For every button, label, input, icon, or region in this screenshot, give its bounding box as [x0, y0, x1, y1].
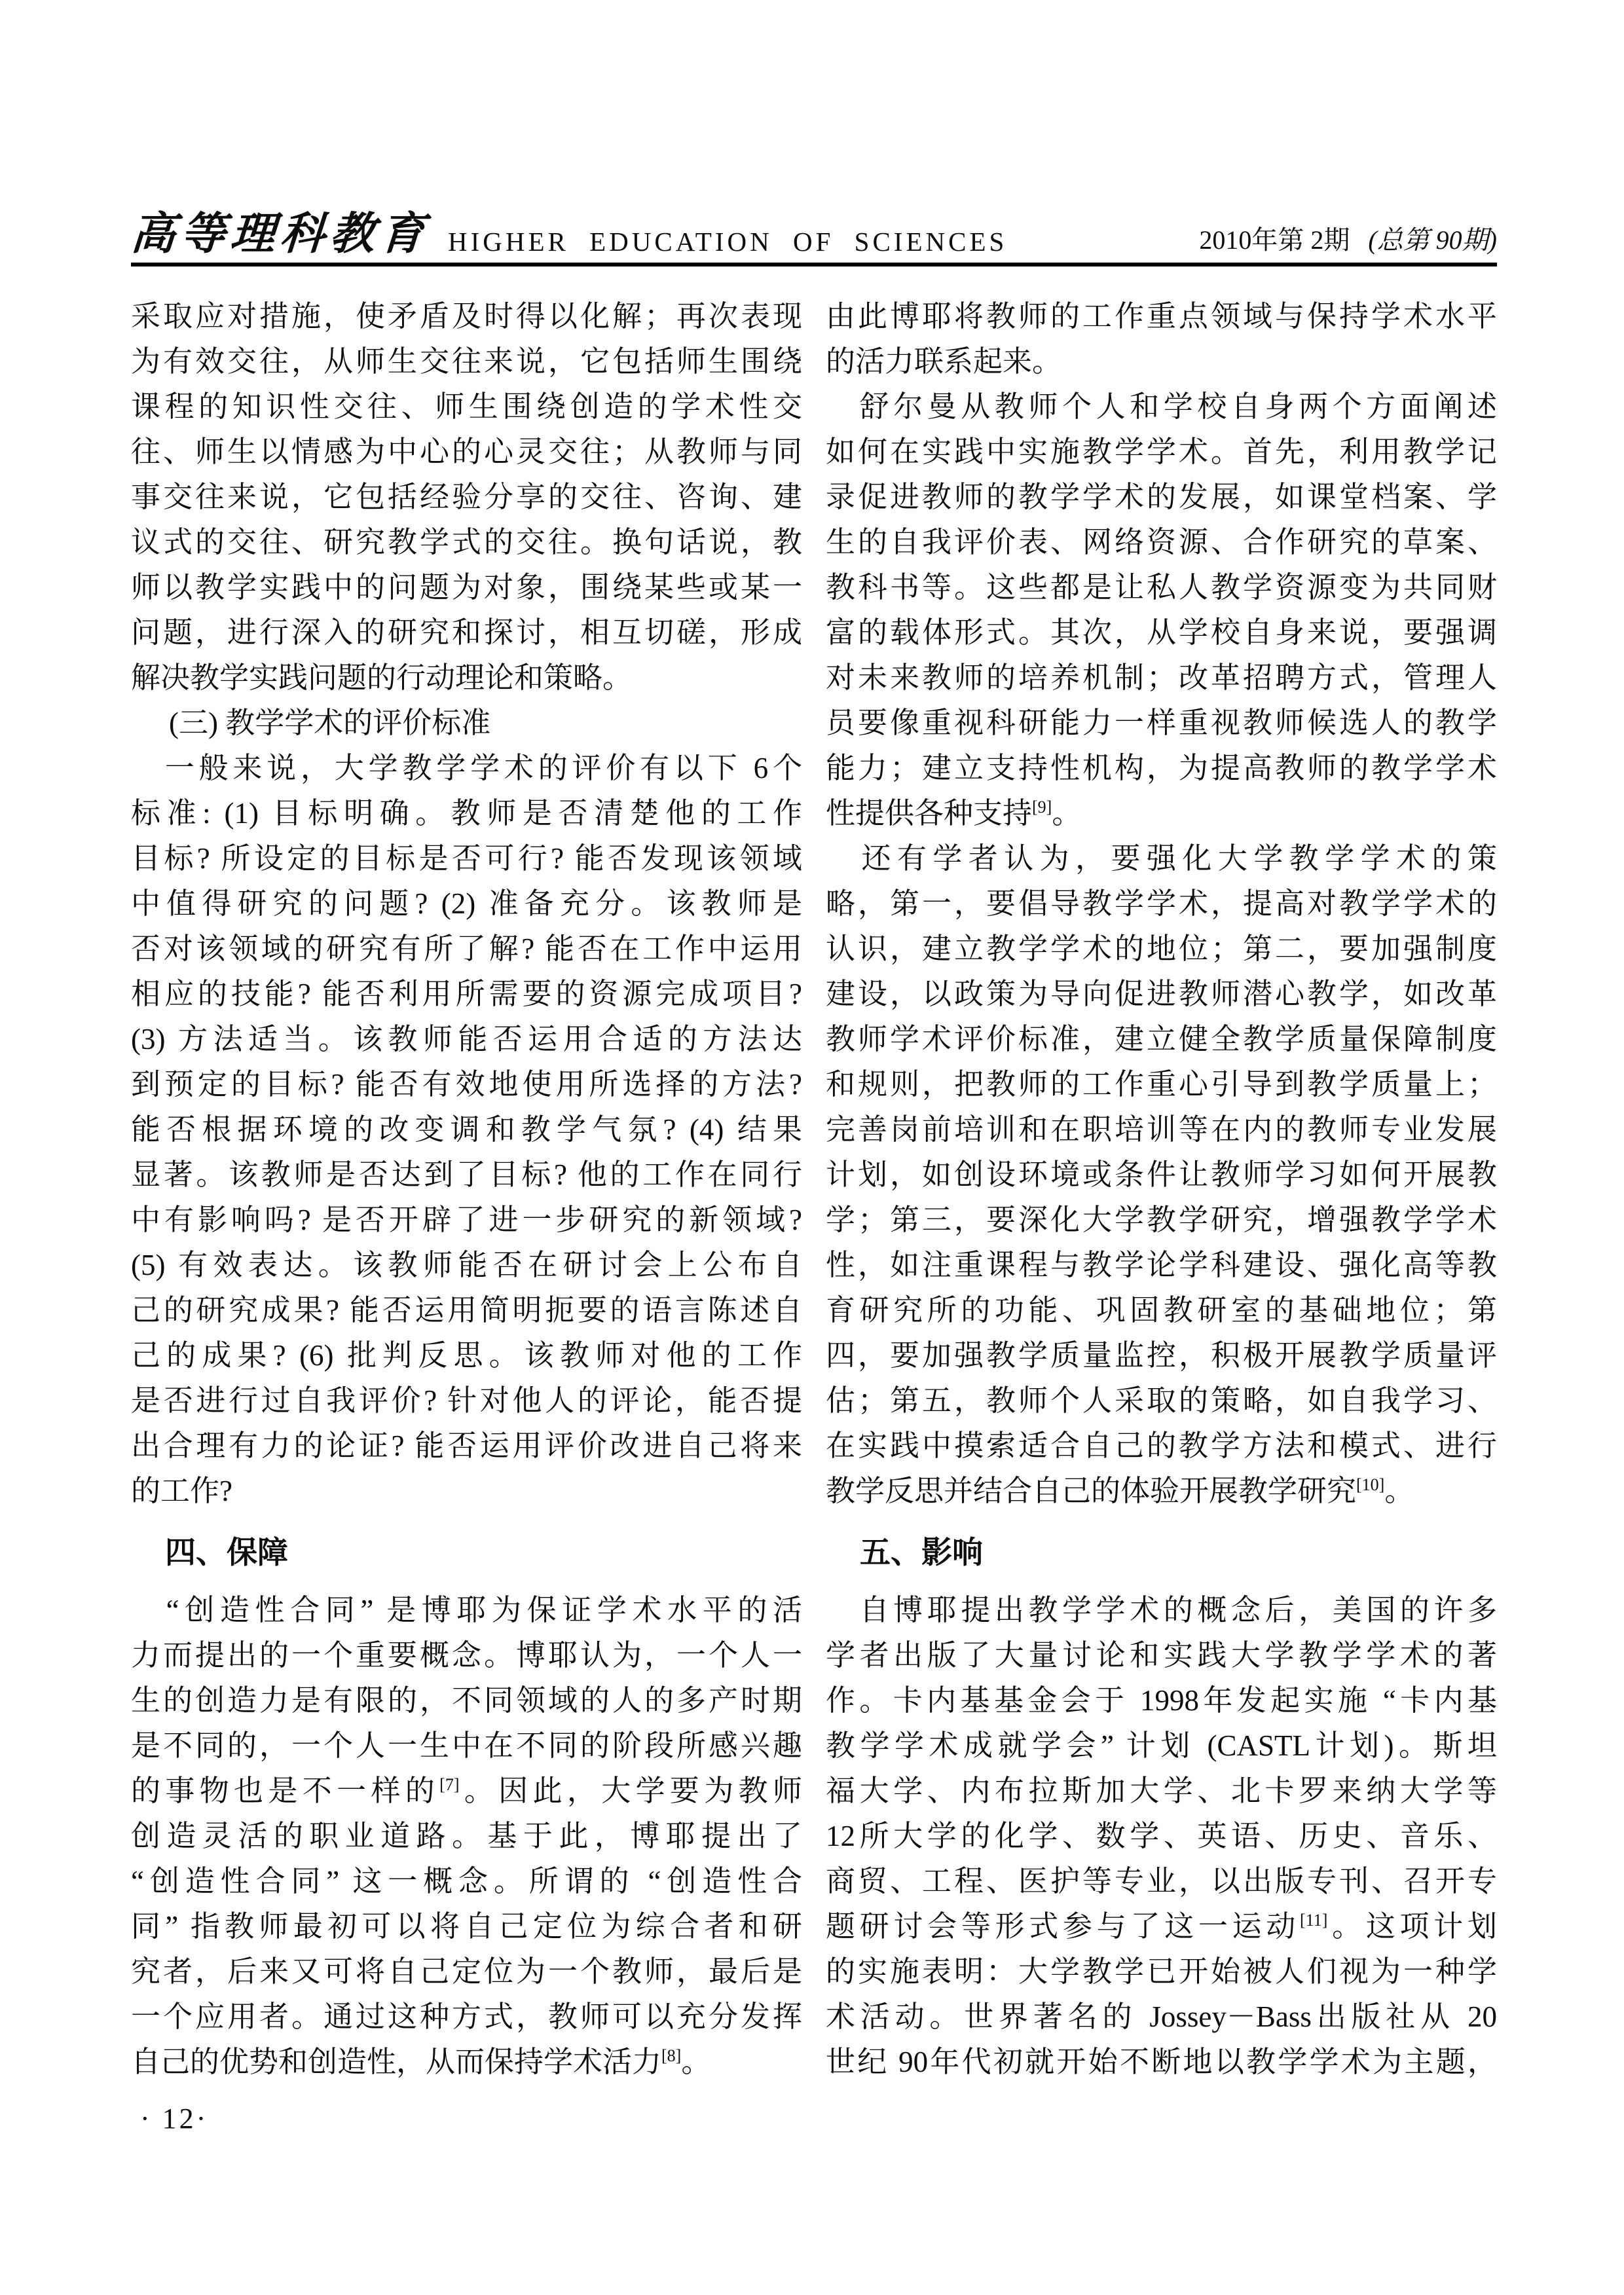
text-line: 中值得研究的问题? (2) 准备充分。该教师是	[131, 881, 802, 927]
paragraph: 一般来说，大学教学学术的评价有以下 6个标准: (1) 目标明确。教师是否清楚他…	[131, 746, 802, 1514]
content-area: 高等理科教育 HIGHER EDUCATION OF SCIENCES 2010…	[131, 193, 1497, 2137]
text-line: 为有效交往，从师生交往来说，它包括师生围绕	[131, 339, 802, 384]
text-line: 福大学、内布拉斯加大学、北卡罗来纳大学等	[826, 1769, 1497, 1814]
text-line: 师以教学实践中的问题为对象，围绕某些或某一	[131, 565, 802, 610]
left-column: 采取应对措施，使矛盾及时得以化解；再次表现为有效交往，从师生交往来说，它包括师生…	[131, 294, 802, 2085]
text-line: 解决教学实践问题的行动理论和策略。	[131, 655, 802, 701]
text-line: 否对该领域的研究有所了解? 能否在工作中运用	[131, 927, 802, 972]
text-line: 一般来说，大学教学学术的评价有以下 6个	[131, 746, 802, 791]
text-line: 的实施表明：大学教学已开始被人们视为一种学	[826, 1949, 1497, 1994]
text-line: 12所大学的化学、数学、英语、历史、音乐、	[826, 1814, 1497, 1859]
reference-superscript: [11]	[1300, 1911, 1327, 1930]
text-line: 往、师生以情感为中心的心灵交往；从教师与同	[131, 430, 802, 475]
text-line: 采取应对措施，使矛盾及时得以化解；再次表现	[131, 294, 802, 339]
text-line: 到预定的目标? 能否有效地使用所选择的方法?	[131, 1062, 802, 1107]
text-line: 估；第五，教师个人采取的策略，如自我学习、	[826, 1378, 1497, 1423]
text-line: 己的研究成果? 能否运用简明扼要的语言陈述自	[131, 1288, 802, 1333]
text-line: 略，第一，要倡导教学学术，提高对教学学术的	[826, 881, 1497, 927]
journal-page: 高等理科教育 HIGHER EDUCATION OF SCIENCES 2010…	[0, 0, 1624, 2295]
text-line: 富的载体形式。其次，从学校自身来说，要强调	[826, 610, 1497, 655]
text-line: 生的自我评价表、网络资源、合作研究的草案、	[826, 520, 1497, 565]
text-line: 目标? 所设定的目标是否可行? 能否发现该领域	[131, 836, 802, 881]
text-line: 事交往来说，它包括经验分享的交往、咨询、建	[131, 475, 802, 520]
text-line: 己的成果? (6) 批判反思。该教师对他的工作	[131, 1333, 802, 1378]
text-line: 问题，进行深入的研究和探讨，相互切磋，形成	[131, 610, 802, 655]
text-line: 四，要加强教学质量监控，积极开展教学质量评	[826, 1333, 1497, 1378]
text-line: 显著。该教师是否达到了目标? 他的工作在同行	[131, 1152, 802, 1198]
text-line: 能否根据环境的改变调和教学气氛? (4) 结果	[131, 1107, 802, 1152]
text-line: 在实践中摸索适合自己的教学方法和模式、进行	[826, 1423, 1497, 1469]
text-line: 性，如注重课程与教学论学科建设、强化高等教	[826, 1243, 1497, 1288]
text-line: 计划，如创设环境或条件让教师学习如何开展教	[826, 1152, 1497, 1198]
text-line: 一个应用者。通过这种方式，教师可以充分发挥	[131, 1994, 802, 2040]
text-line: 的活力联系起来。	[826, 339, 1497, 384]
reference-superscript: [7]	[439, 1775, 459, 1794]
text-line: 作。卡内基基金会于 1998年发起实施 “卡内基	[826, 1678, 1497, 1723]
text-line: 中有影响吗? 是否开辟了进一步研究的新领域?	[131, 1198, 802, 1243]
text-line: “创造性合同” 这一概念。所谓的 “创造性合	[131, 1859, 802, 1904]
text-line: 自己的优势和创造性，从而保持学术活力[8]。	[131, 2040, 802, 2085]
text-line: 教师学术评价标准，建立健全教学质量保障制度	[826, 1017, 1497, 1062]
text-line: 题研讨会等形式参与了这一运动[11]。这项计划	[826, 1904, 1497, 1949]
text-line: 自博耶提出教学学术的概念后，美国的许多	[826, 1588, 1497, 1633]
page-number: · 12·	[140, 2102, 208, 2135]
text-line: 标准: (1) 目标明确。教师是否清楚他的工作	[131, 791, 802, 836]
text-line: 是否进行过自我评价? 针对他人的评论，能否提	[131, 1378, 802, 1423]
paragraph: 由此博耶将教师的工作重点领域与保持学术水平的活力联系起来。	[826, 294, 1497, 384]
text-line: 建设，以政策为导向促进教师潜心教学，如改革	[826, 972, 1497, 1017]
text-line: 同” 指教师最初可以将自己定位为综合者和研	[131, 1904, 802, 1949]
text-line: 育研究所的功能、巩固教研室的基础地位；第	[826, 1288, 1497, 1333]
text-line: 能力；建立支持性机构，为提高教师的教学学术	[826, 746, 1497, 791]
text-line: 如何在实践中实施教学学术。首先，利用教学记	[826, 430, 1497, 475]
text-line: 和规则，把教师的工作重心引导到教学质量上；	[826, 1062, 1497, 1107]
text-line: 世纪 90年代初就开始不断地以教学学术为主题，	[826, 2040, 1497, 2085]
text-line: 舒尔曼从教师个人和学校自身两个方面阐述	[826, 384, 1497, 430]
text-line: 是不同的，一个人一生中在不同的阶段所感兴趣	[131, 1723, 802, 1769]
text-line: (3) 方法适当。该教师能否运用合适的方法达	[131, 1017, 802, 1062]
text-line: 由此博耶将教师的工作重点领域与保持学术水平	[826, 294, 1497, 339]
text-line: 相应的技能? 能否利用所需要的资源完成项目?	[131, 972, 802, 1017]
text-line: “创造性合同” 是博耶为保证学术水平的活	[131, 1588, 802, 1633]
text-line: 商贸、工程、医护等专业，以出版专刊、召开专	[826, 1859, 1497, 1904]
paragraph: 自博耶提出教学学术的概念后，美国的许多学者出版了大量讨论和实践大学教学学术的著作…	[826, 1588, 1497, 2085]
section-heading: 四、保障	[165, 1530, 802, 1575]
text-line: 员要像重视科研能力一样重视教师候选人的教学	[826, 701, 1497, 746]
page-footer: · 12·	[131, 2101, 1497, 2137]
text-line: 力而提出的一个重要概念。博耶认为，一个人一	[131, 1633, 802, 1678]
issue-number: 2010年第 2期	[1199, 225, 1350, 255]
text-line: 还有学者认为，要强化大学教学学术的策	[826, 836, 1497, 881]
text-line: 学；第三，要深化大学教学研究，增强教学学术	[826, 1198, 1497, 1243]
journal-title-en: HIGHER EDUCATION OF SCIENCES	[448, 228, 1007, 256]
issue-total-number: (总第 90期)	[1368, 225, 1497, 255]
paragraph: 采取应对措施，使矛盾及时得以化解；再次表现为有效交往，从师生交往来说，它包括师生…	[131, 294, 802, 701]
text-line: 出合理有力的论证? 能否运用评价改进自己将来	[131, 1423, 802, 1469]
two-column-body: 采取应对措施，使矛盾及时得以化解；再次表现为有效交往，从师生交往来说，它包括师生…	[131, 294, 1497, 2085]
text-line: 究者，后来又可将自己定位为一个教师，最后是	[131, 1949, 802, 1994]
reference-superscript: [8]	[661, 2046, 681, 2065]
journal-logo-calligraphy: 高等理科教育	[130, 211, 432, 256]
text-line: 术活动。世界著名的 Jossey－Bass出版社从 20	[826, 1994, 1497, 2040]
text-line: 课程的知识性交往、师生围绕创造的学术性交	[131, 384, 802, 430]
text-line: 完善岗前培训和在职培训等在内的教师专业发展	[826, 1107, 1497, 1152]
text-line: 教学反思并结合自己的体验开展教学研究[10]。	[826, 1469, 1497, 1514]
journal-masthead: 高等理科教育 HIGHER EDUCATION OF SCIENCES	[131, 211, 1007, 256]
header-divider	[131, 263, 1497, 266]
text-line: 的事物也是不一样的[7]。因此，大学要为教师	[131, 1769, 802, 1814]
paragraph: “创造性合同” 是博耶为保证学术水平的活力而提出的一个重要概念。博耶认为，一个人…	[131, 1588, 802, 2085]
text-line: 创造灵活的职业道路。基于此，博耶提出了	[131, 1814, 802, 1859]
text-line: 议式的交往、研究教学式的交往。换句话说，教	[131, 520, 802, 565]
text-line: (5) 有效表达。该教师能否在研讨会上公布自	[131, 1243, 802, 1288]
text-line: 学者出版了大量讨论和实践大学教学学术的著	[826, 1633, 1497, 1678]
right-column: 由此博耶将教师的工作重点领域与保持学术水平的活力联系起来。 舒尔曼从教师个人和学…	[826, 294, 1497, 2085]
text-line: 对未来教师的培养机制；改革招聘方式，管理人	[826, 655, 1497, 701]
text-line: 认识，建立教学学术的地位；第二，要加强制度	[826, 927, 1497, 972]
text-line: 性提供各种支持[9]。	[826, 791, 1497, 836]
paragraph: 舒尔曼从教师个人和学校自身两个方面阐述如何在实践中实施教学学术。首先，利用教学记…	[826, 384, 1497, 836]
journal-header: 高等理科教育 HIGHER EDUCATION OF SCIENCES 2010…	[131, 193, 1497, 256]
paragraph: 还有学者认为，要强化大学教学学术的策略，第一，要倡导教学学术，提高对教学学术的认…	[826, 836, 1497, 1514]
text-line: 教科书等。这些都是让私人教学资源变为共同财	[826, 565, 1497, 610]
sub-section-heading: (三) 教学学术的评价标准	[169, 701, 802, 746]
text-line: 录促进教师的教学学术的发展，如课堂档案、学	[826, 475, 1497, 520]
reference-superscript: [9]	[1032, 798, 1052, 817]
text-line: 生的创造力是有限的，不同领域的人的多产时期	[131, 1678, 802, 1723]
issue-info: 2010年第 2期 (总第 90期)	[1199, 226, 1497, 256]
reference-superscript: [10]	[1356, 1475, 1384, 1494]
section-heading: 五、影响	[860, 1530, 1497, 1575]
text-line: 的工作?	[131, 1469, 802, 1514]
text-line: 教学学术成就学会” 计划 (CASTL计划)。斯坦	[826, 1723, 1497, 1769]
